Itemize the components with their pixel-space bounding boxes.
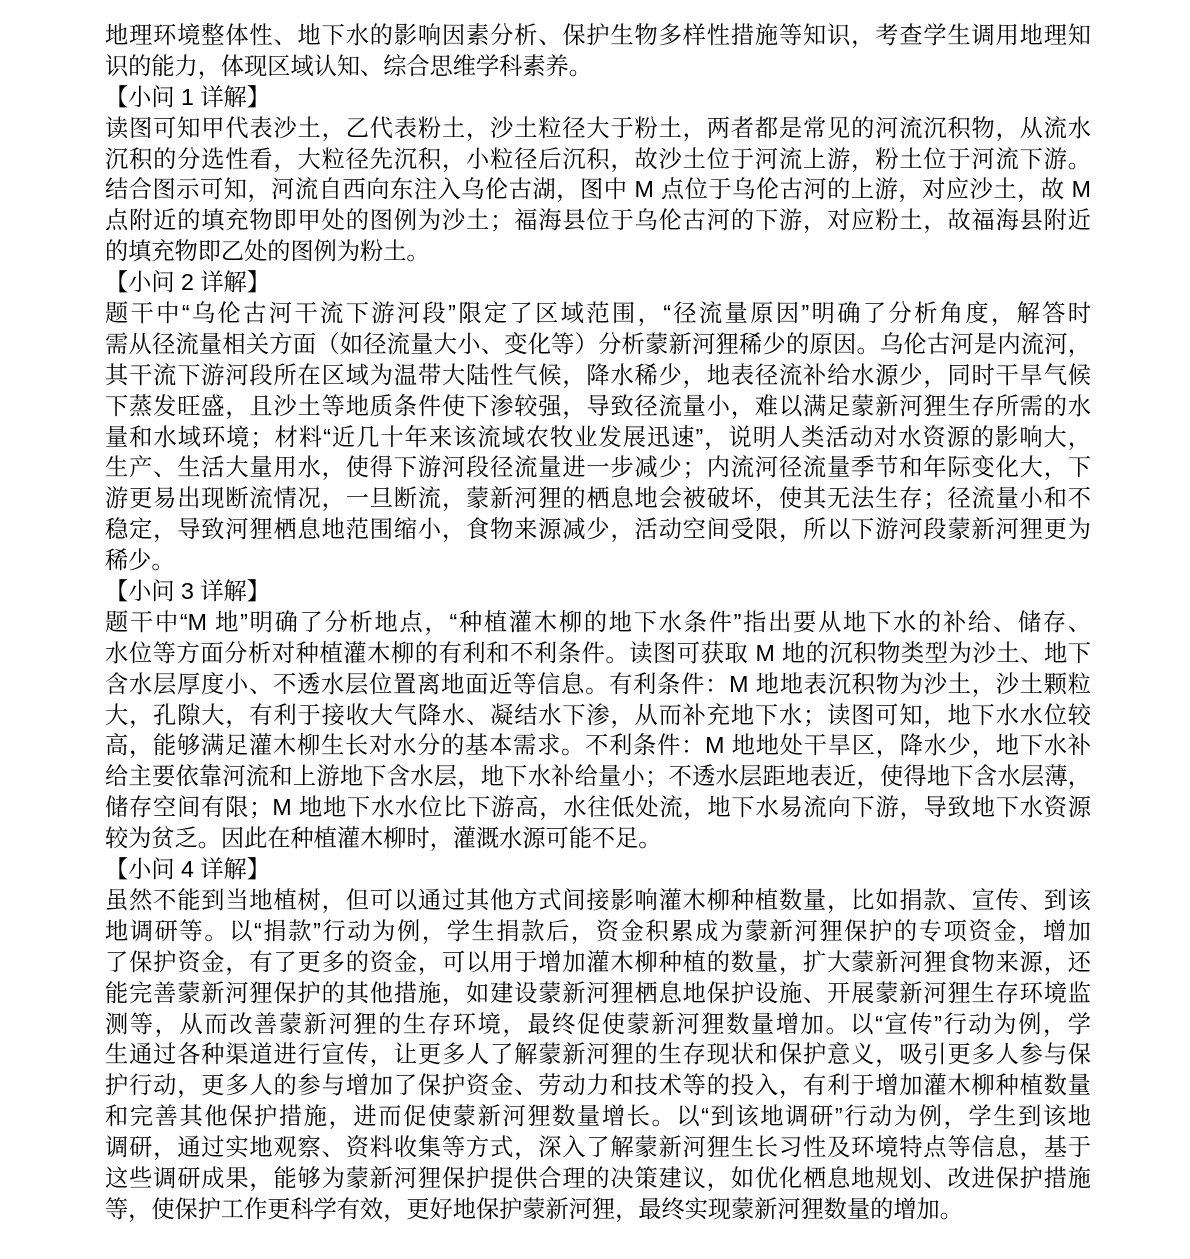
text-line: 题干中“乌伦古河干流下游河段”限定了区域范围，“径流量原因”明确了分析角度，解答… — [105, 298, 1091, 329]
text-line: 游更易出现断流情况，一旦断流，蒙新河狸的栖息地会被破坏，使其无法生存；径流量小和… — [105, 483, 1091, 514]
answer-text-block: 地理环境整体性、地下水的影响因素分析、保护生物多样性措施等知识，考查学生调用地理… — [105, 20, 1091, 1225]
text-line: 下蒸发旺盛，且沙土等地质条件使下渗较强，导致径流量小，难以满足蒙新河狸生存所需的… — [105, 391, 1091, 422]
section: 地理环境整体性、地下水的影响因素分析、保护生物多样性措施等知识，考查学生调用地理… — [105, 20, 1091, 82]
text-line: 虽然不能到当地植树，但可以通过其他方式间接影响灌木柳种植数量，比如捐款、宣传、到… — [105, 885, 1091, 916]
text-line: 的填充物即乙处的图例为粉土。 — [105, 236, 1091, 267]
text-line: 生产、生活大量用水，使得下游河段径流量进一步减少；内流河径流量季节和年际变化大，… — [105, 452, 1091, 483]
text-line: 识的能力，体现区域认知、综合思维学科素养。 — [105, 51, 1091, 82]
text-line: 稳定，导致河狸栖息地范围缩小，食物来源减少，活动空间受限，所以下游河段蒙新河狸更… — [105, 514, 1091, 545]
text-line: 较为贫乏。因此在种植灌木柳时，灌溉水源可能不足。 — [105, 823, 1091, 854]
text-line: 等，使保护工作更科学有效，更好地保护蒙新河狸，最终实现蒙新河狸数量的增加。 — [105, 1194, 1091, 1225]
section-heading: 【小问 1 详解】 — [105, 82, 1091, 113]
text-line: 水位等方面分析对种植灌木柳的有利和不利条件。读图可获取 M 地的沉积物类型为沙土… — [105, 638, 1091, 669]
text-line: 高，能够满足灌木柳生长对水分的基本需求。不利条件：M 地地处干旱区，降水少，地下… — [105, 730, 1091, 761]
text-line: 储存空间有限；M 地地下水水位比下游高，水往低处流，地下水易流向下游，导致地下水… — [105, 792, 1091, 823]
text-line: 大，孔隙大，有利于接收大气降水、凝结水下渗，从而补充地下水；读图可知，地下水水位… — [105, 700, 1091, 731]
text-line: 地调研等。以“捐款”行动为例，学生捐款后，资金积累成为蒙新河狸保护的专项资金，增… — [105, 916, 1091, 947]
text-line: 结合图示可知，河流自西向东注入乌伦古湖，图中 M 点位于乌伦古河的上游，对应沙土… — [105, 174, 1091, 205]
section-heading: 【小问 3 详解】 — [105, 576, 1091, 607]
text-line: 给主要依靠河流和上游地下含水层，地下水补给量小；不透水层距地表近，使得地下含水层… — [105, 761, 1091, 792]
text-line: 了保护资金，有了更多的资金，可以用于增加灌木柳种植的数量，扩大蒙新河狸食物来源，… — [105, 947, 1091, 978]
text-line: 沉积的分选性看，大粒径先沉积，小粒径后沉积，故沙土位于河流上游，粉土位于河流下游… — [105, 144, 1091, 175]
text-line: 量和水域环境；材料“近几十年来该流域农牧业发展迅速”，说明人类活动对水资源的影响… — [105, 422, 1091, 453]
section: 【小问 3 详解】题干中“M 地”明确了分析地点，“种植灌木柳的地下水条件”指出… — [105, 576, 1091, 854]
text-line: 护行动，更多人的参与增加了保护资金、劳动力和技术等的投入，有利于增加灌木柳种植数… — [105, 1070, 1091, 1101]
text-line: 稀少。 — [105, 545, 1091, 576]
section: 【小问 2 详解】题干中“乌伦古河干流下游河段”限定了区域范围，“径流量原因”明… — [105, 267, 1091, 576]
text-line: 需从径流量相关方面（如径流量大小、变化等）分析蒙新河狸稀少的原因。乌伦古河是内流… — [105, 329, 1091, 360]
section: 【小问 4 详解】虽然不能到当地植树，但可以通过其他方式间接影响灌木柳种植数量，… — [105, 854, 1091, 1225]
text-line: 生通过各种渠道进行宣传，让更多人了解蒙新河狸的生存现状和保护意义，吸引更多人参与… — [105, 1039, 1091, 1070]
text-line: 这些调研成果，能够为蒙新河狸保护提供合理的决策建议，如优化栖息地规划、改进保护措… — [105, 1163, 1091, 1194]
section-heading: 【小问 4 详解】 — [105, 854, 1091, 885]
text-line: 地理环境整体性、地下水的影响因素分析、保护生物多样性措施等知识，考查学生调用地理… — [105, 20, 1091, 51]
text-line: 测等，从而改善蒙新河狸的生存环境，最终促使蒙新河狸数量增加。以“宣传”行动为例，… — [105, 1009, 1091, 1040]
text-line: 和完善其他保护措施，进而促使蒙新河狸数量增长。以“到该地调研”行动为例，学生到该… — [105, 1101, 1091, 1132]
text-line: 读图可知甲代表沙土，乙代表粉土，沙土粒径大于粉土，两者都是常见的河流沉积物，从流… — [105, 113, 1091, 144]
text-line: 题干中“M 地”明确了分析地点，“种植灌木柳的地下水条件”指出要从地下水的补给、… — [105, 607, 1091, 638]
document-page: 地理环境整体性、地下水的影响因素分析、保护生物多样性措施等知识，考查学生调用地理… — [0, 0, 1190, 1259]
text-line: 能完善蒙新河狸保护的其他措施，如建设蒙新河狸栖息地保护设施、开展蒙新河狸生存环境… — [105, 978, 1091, 1009]
text-line: 点附近的填充物即甲处的图例为沙土；福海县位于乌伦古河的下游，对应粉土，故福海县附… — [105, 205, 1091, 236]
section: 【小问 1 详解】读图可知甲代表沙土，乙代表粉土，沙土粒径大于粉土，两者都是常见… — [105, 82, 1091, 267]
text-line: 其干流下游河段所在区域为温带大陆性气候，降水稀少，地表径流补给水源少，同时干旱气… — [105, 360, 1091, 391]
text-line: 调研，通过实地观察、资料收集等方式，深入了解蒙新河狸生长习性及环境特点等信息，基… — [105, 1132, 1091, 1163]
text-line: 含水层厚度小、不透水层位置离地面近等信息。有利条件：M 地地表沉积物为沙土，沙土… — [105, 669, 1091, 700]
section-heading: 【小问 2 详解】 — [105, 267, 1091, 298]
